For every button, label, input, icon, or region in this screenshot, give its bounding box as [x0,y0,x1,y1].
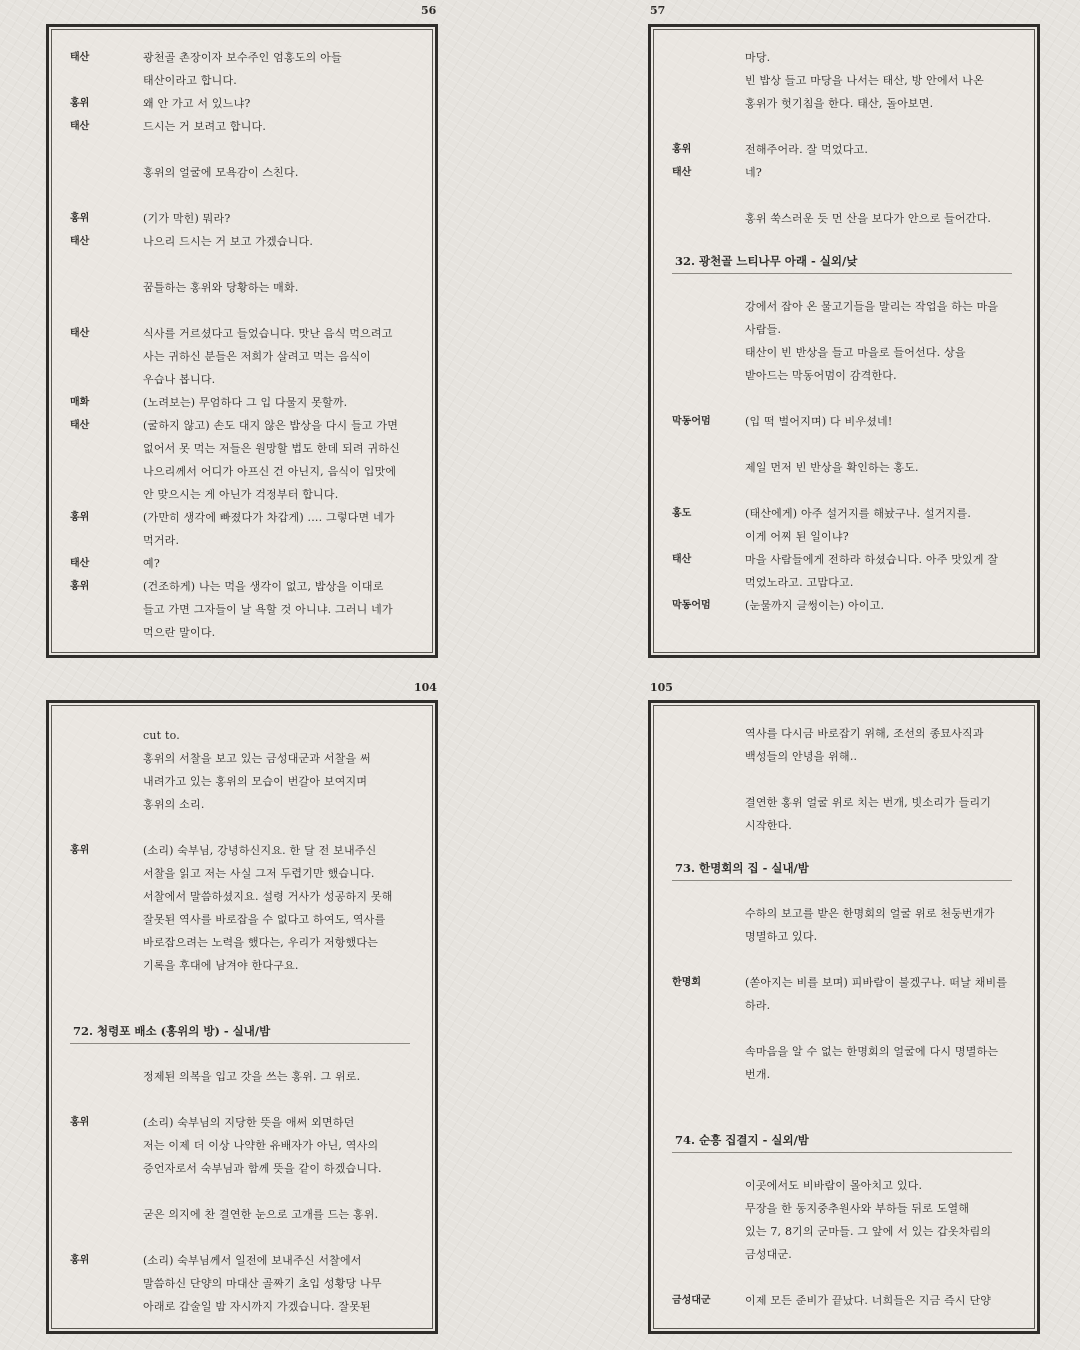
character-name [672,1197,745,1220]
action-line: 홍위의 얼굴에 모욕감이 스친다. [70,161,410,184]
character-name [70,1088,143,1111]
line-text: 받아드는 막동어멈이 감격한다. [745,364,1012,387]
line-text: 예? [143,552,410,575]
line-text: 번개. [745,1063,1012,1086]
script-page-105: 역사를 다시금 바로잡기 위해, 조선의 종묘사직과백성들의 안녕을 위해..결… [648,700,1040,1334]
action-line: 서찰에서 말씀하셨지요. 설령 거사가 성공하지 못해 [70,885,410,908]
script-page-104: cut to.홍위의 서찰을 보고 있는 금성대군과 서찰을 써내려가고 있는 … [46,700,438,1334]
character-name [672,994,745,1017]
line-text [745,879,1012,902]
action-line: 있는 7, 8기의 군마들. 그 앞에 서 있는 갑옷차림의 [672,1220,1012,1243]
action-line: 금성대군. [672,1243,1012,1266]
character-name: 홍위 [70,1249,143,1272]
action-line: 홍위의 소리. [70,793,410,816]
character-name [672,92,745,115]
character-name [672,768,745,791]
dialogue-line: 매화(노려보는) 무엄하다 그 입 다물지 못할까. [70,391,410,414]
action-line: 홍위가 헛기침을 한다. 태산, 돌아보면. [672,92,1012,115]
action-line: 저는 이제 더 이상 나약한 유배자가 아닌, 역사의 [70,1134,410,1157]
line-text: 먹거라. [143,529,410,552]
line-text [143,184,410,207]
character-name [672,948,745,971]
action-line [672,1151,1012,1174]
line-text: 전해주어라. 잘 먹었다고. [745,138,1012,161]
action-line: 받아드는 막동어멈이 감격한다. [672,364,1012,387]
action-line: 내려가고 있는 홍위의 모습이 번갈아 보여지며 [70,770,410,793]
action-line: 굳은 의지에 찬 결연한 눈으로 고개를 드는 홍위. [70,1203,410,1226]
action-line: 먹거라. [70,529,410,552]
character-name [672,1266,745,1289]
line-text: 나으리께서 어디가 아프신 건 아닌지, 음식이 입맛에 [143,460,410,483]
line-text: 홍위의 서찰을 보고 있는 금성대군과 서찰을 써 [143,747,410,770]
action-line: 꿈틀하는 홍위와 당황하는 매화. [70,276,410,299]
dialogue-line: 홍위(소리) 숙부님, 강녕하신지요. 한 달 전 보내주신 [70,839,410,862]
action-line [70,816,410,839]
line-text [745,433,1012,456]
character-name: 태산 [70,115,143,138]
dialogue-line: 태산예? [70,552,410,575]
page-number-56: 56 [421,4,436,17]
action-line [672,1086,1012,1109]
line-text: 잘못된 역사를 바로잡을 수 없다고 하여도, 역사를 [143,908,410,931]
line-text: 없어서 못 먹는 저들은 원망할 법도 한데 되려 귀하신 [143,437,410,460]
character-name [70,253,143,276]
character-name [672,1017,745,1040]
action-line [672,479,1012,502]
line-text: 바로잡으려는 노력을 했다는, 우리가 저항했다는 [143,931,410,954]
action-line: 시작한다. [672,814,1012,837]
dialogue-line: 태산네? [672,161,1012,184]
action-line: 제일 먼저 빈 반상을 확인하는 홍도. [672,456,1012,479]
line-text: 제일 먼저 빈 반상을 확인하는 홍도. [745,456,1012,479]
character-name [672,1063,745,1086]
character-name [70,368,143,391]
line-text: 먹었노라고. 고맙다고. [745,571,1012,594]
character-name: 태산 [70,230,143,253]
character-name [70,747,143,770]
dialogue-line: 막동어멈(눈물까지 글썽이는) 아이고. [672,594,1012,617]
line-text: 홍위 쑥스러운 듯 먼 산을 보다가 안으로 들어간다. [745,207,1012,230]
character-name [672,387,745,410]
line-text [745,768,1012,791]
character-name [672,745,745,768]
line-text: 서찰에서 말씀하셨지요. 설령 거사가 성공하지 못해 [143,885,410,908]
character-name: 홍위 [70,839,143,862]
character-name [70,460,143,483]
action-line [70,1180,410,1203]
action-line: 태산이 빈 반상을 들고 마을로 들어선다. 상을 [672,341,1012,364]
dialogue-line: 태산나으리 드시는 거 보고 가겠습니다. [70,230,410,253]
line-text: 속마음을 알 수 없는 한명회의 얼굴에 다시 명멸하는 [745,1040,1012,1063]
character-name [672,318,745,341]
dialogue-line: 홍위(건조하게) 나는 먹을 생각이 없고, 밥상을 이대로 [70,575,410,598]
line-text [745,1266,1012,1289]
character-name: 태산 [672,161,745,184]
character-name [672,1174,745,1197]
action-line: 증언자로서 숙부님과 함께 뜻을 같이 하겠습니다. [70,1157,410,1180]
action-line: 결연한 홍위 얼굴 위로 치는 번개, 빗소리가 들리기 [672,791,1012,814]
character-name [672,364,745,387]
action-line: 서찰을 읽고 저는 사실 그저 두렵기만 했습니다. [70,862,410,885]
line-text: 사는 귀하신 분들은 저희가 살려고 먹는 음식이 [143,345,410,368]
action-line [70,184,410,207]
character-name [672,791,745,814]
action-line [70,1042,410,1065]
character-name: 막동어멈 [672,594,745,617]
character-name [70,299,143,322]
character-name: 태산 [70,46,143,69]
page-lines: 역사를 다시금 바로잡기 위해, 조선의 종묘사직과백성들의 안녕을 위해..결… [672,722,1012,1312]
character-name [672,69,745,92]
character-name [70,862,143,885]
action-line: 번개. [672,1063,1012,1086]
action-line [70,1088,410,1111]
line-text: 역사를 다시금 바로잡기 위해, 조선의 종묘사직과 [745,722,1012,745]
character-name [672,814,745,837]
line-text: (태산에게) 아주 설거지를 해놨구나. 설거지를. [745,502,1012,525]
line-text: 꿈틀하는 홍위와 당황하는 매화. [143,276,410,299]
character-name [70,598,143,621]
character-name [70,793,143,816]
line-text: 태산이 빈 반상을 들고 마을로 들어선다. 상을 [745,341,1012,364]
action-line [672,948,1012,971]
line-text [143,816,410,839]
character-name [70,1134,143,1157]
action-line: 없어서 못 먹는 저들은 원망할 법도 한데 되려 귀하신 [70,437,410,460]
line-text: (기가 막힌) 뭐라? [143,207,410,230]
dialogue-line: 홍위(기가 막힌) 뭐라? [70,207,410,230]
line-text: 나으리 드시는 거 보고 가겠습니다. [143,230,410,253]
line-text: 있는 7, 8기의 군마들. 그 앞에 서 있는 갑옷차림의 [745,1220,1012,1243]
character-name [672,1220,745,1243]
character-name [70,437,143,460]
action-line [672,1017,1012,1040]
character-name [672,879,745,902]
character-name: 매화 [70,391,143,414]
character-name [70,885,143,908]
character-name [70,1157,143,1180]
action-line: 백성들의 안녕을 위해.. [672,745,1012,768]
character-name [70,954,143,977]
action-line: 먹으란 말이다. [70,621,410,644]
line-text [745,272,1012,295]
action-line: 이게 어찌 된 일이냐? [672,525,1012,548]
character-name: 태산 [70,552,143,575]
action-line: 말씀하신 단양의 마대산 골짜기 초입 성황당 나무 [70,1272,410,1295]
line-text: 내려가고 있는 홍위의 모습이 번갈아 보여지며 [143,770,410,793]
line-text [143,1226,410,1249]
line-text: 먹으란 말이다. [143,621,410,644]
line-text: 홍위의 얼굴에 모욕감이 스친다. [143,161,410,184]
line-text: 아래로 갑술일 밤 자시까지 가겠습니다. 잘못된 [143,1295,410,1318]
dialogue-line: 태산광천골 촌장이자 보수주인 엄홍도의 아들 [70,46,410,69]
page-lines: 마당.빈 밥상 들고 마당을 나서는 태산, 방 안에서 나온홍위가 헛기침을 … [672,46,1012,617]
line-text: 태산이라고 합니다. [143,69,410,92]
line-text [143,138,410,161]
character-name [672,722,745,745]
dialogue-line: 막동어멈(입 떡 벌어지며) 다 비우셨네! [672,410,1012,433]
character-name [70,1042,143,1065]
line-text: (소리) 숙부님께서 일전에 보내주신 서찰에서 [143,1249,410,1272]
line-text: (눈물까지 글썽이는) 아이고. [745,594,1012,617]
character-name [672,1040,745,1063]
character-name [70,161,143,184]
line-text [745,184,1012,207]
character-name: 태산 [70,414,143,437]
line-text: 명멸하고 있다. [745,925,1012,948]
action-line [672,879,1012,902]
line-text: 무장을 한 동지중추원사와 부하들 뒤로 도열해 [745,1197,1012,1220]
character-name [70,276,143,299]
line-text [745,1151,1012,1174]
character-name: 홍위 [70,1111,143,1134]
character-name: 홍위 [70,575,143,598]
line-text [143,1180,410,1203]
dialogue-line: 금성대군이제 모든 준비가 끝났다. 너희들은 지금 즉시 단양 [672,1289,1012,1312]
line-text: 저는 이제 더 이상 나약한 유배자가 아닌, 역사의 [143,1134,410,1157]
action-line [70,977,410,1000]
character-name [672,184,745,207]
character-name [672,295,745,318]
line-text: 기록을 후대에 남겨야 한다구요. [143,954,410,977]
line-text: (쏟아지는 비를 보며) 피바람이 불겠구나. 떠날 채비를 [745,971,1012,994]
character-name: 태산 [672,548,745,571]
line-text: 안 맞으시는 게 아닌가 걱정부터 합니다. [143,483,410,506]
action-line [672,387,1012,410]
line-text: 하라. [745,994,1012,1017]
character-name [672,456,745,479]
line-text [745,479,1012,502]
character-name: 홍위 [70,207,143,230]
line-text: 마당. [745,46,1012,69]
line-text: 빈 밥상 들고 마당을 나서는 태산, 방 안에서 나온 [745,69,1012,92]
character-name: 한명회 [672,971,745,994]
line-text: 이게 어찌 된 일이냐? [745,525,1012,548]
dialogue-line: 홍위(가만히 생각에 빠졌다가 차갑게) .... 그렇다면 네가 [70,506,410,529]
action-line: 태산이라고 합니다. [70,69,410,92]
action-line: 속마음을 알 수 없는 한명회의 얼굴에 다시 명멸하는 [672,1040,1012,1063]
dialogue-line: 태산(굴하지 않고) 손도 대지 않은 밥상을 다시 들고 가면 [70,414,410,437]
character-name [70,724,143,747]
character-name [70,1065,143,1088]
page-lines: 태산광천골 촌장이자 보수주인 엄홍도의 아들태산이라고 합니다.홍위왜 안 가… [70,46,410,644]
line-text: 광천골 촌장이자 보수주인 엄홍도의 아들 [143,46,410,69]
page-lines: cut to.홍위의 서찰을 보고 있는 금성대군과 서찰을 써내려가고 있는 … [70,724,410,1318]
action-line [70,1226,410,1249]
action-line: 이곳에서도 비바람이 몰아치고 있다. [672,1174,1012,1197]
character-name [672,1151,745,1174]
line-text: 왜 안 가고 서 있느냐? [143,92,410,115]
action-line: 들고 가면 그자들이 날 욕할 것 아니냐. 그러니 네가 [70,598,410,621]
action-line: 사는 귀하신 분들은 저희가 살려고 먹는 음식이 [70,345,410,368]
line-text: (입 떡 벌어지며) 다 비우셨네! [745,410,1012,433]
character-name: 금성대군 [672,1289,745,1312]
line-text: 홍위의 소리. [143,793,410,816]
character-name [70,1272,143,1295]
page-number-105: 105 [650,681,673,694]
line-text: 서찰을 읽고 저는 사실 그저 두렵기만 했습니다. [143,862,410,885]
character-name [70,345,143,368]
action-line: 명멸하고 있다. [672,925,1012,948]
action-line: cut to. [70,724,410,747]
line-text: 이제 모든 준비가 끝났다. 너희들은 지금 즉시 단양 [745,1289,1012,1312]
character-name: 막동어멈 [672,410,745,433]
character-name: 홍위 [672,138,745,161]
script-page-57: 마당.빈 밥상 들고 마당을 나서는 태산, 방 안에서 나온홍위가 헛기침을 … [648,24,1040,658]
character-name: 홍도 [672,502,745,525]
character-name [70,483,143,506]
action-line: 바로잡으려는 노력을 했다는, 우리가 저항했다는 [70,931,410,954]
character-name [672,46,745,69]
character-name [70,1180,143,1203]
line-text: 이곳에서도 비바람이 몰아치고 있다. [745,1174,1012,1197]
character-name [70,977,143,1000]
line-text: 수하의 보고를 받은 한명회의 얼굴 위로 천둥번개가 [745,902,1012,925]
line-text [745,1017,1012,1040]
line-text: 증언자로서 숙부님과 함께 뜻을 같이 하겠습니다. [143,1157,410,1180]
character-name [672,207,745,230]
line-text: 강에서 잡아 온 물고기들을 말리는 작업을 하는 마을 [745,295,1012,318]
line-text: 굳은 의지에 찬 결연한 눈으로 고개를 드는 홍위. [143,1203,410,1226]
line-text: 홍위가 헛기침을 한다. 태산, 돌아보면. [745,92,1012,115]
line-text: (가만히 생각에 빠졌다가 차갑게) .... 그렇다면 네가 [143,506,410,529]
character-name [672,115,745,138]
dialogue-line: 홍도(태산에게) 아주 설거지를 해놨구나. 설거지를. [672,502,1012,525]
line-text [745,115,1012,138]
character-name [70,931,143,954]
character-name: 홍위 [70,506,143,529]
line-text: 식사를 거르셨다고 들었습니다. 맛난 음식 먹으려고 [143,322,410,345]
line-text [143,1042,410,1065]
action-line: 빈 밥상 들고 마당을 나서는 태산, 방 안에서 나온 [672,69,1012,92]
character-name [70,1226,143,1249]
line-text: 말씀하신 단양의 마대산 골짜기 초입 성황당 나무 [143,1272,410,1295]
action-line: 우습나 봅니다. [70,368,410,391]
action-line: 홍위 쑥스러운 듯 먼 산을 보다가 안으로 들어간다. [672,207,1012,230]
line-text: (소리) 숙부님의 지당한 뜻을 애써 외면하던 [143,1111,410,1134]
line-text [143,977,410,1000]
action-line: 홍위의 서찰을 보고 있는 금성대군과 서찰을 써 [70,747,410,770]
script-page-56: 태산광천골 촌장이자 보수주인 엄홍도의 아들태산이라고 합니다.홍위왜 안 가… [46,24,438,658]
action-line: 아래로 갑술일 밤 자시까지 가겠습니다. 잘못된 [70,1295,410,1318]
character-name: 홍위 [70,92,143,115]
line-text: 네? [745,161,1012,184]
action-line [70,138,410,161]
line-text [143,299,410,322]
line-text: (건조하게) 나는 먹을 생각이 없고, 밥상을 이대로 [143,575,410,598]
character-name [70,69,143,92]
action-line: 역사를 다시금 바로잡기 위해, 조선의 종묘사직과 [672,722,1012,745]
character-name [70,184,143,207]
action-line: 먹었노라고. 고맙다고. [672,571,1012,594]
line-text: 결연한 홍위 얼굴 위로 치는 번개, 빗소리가 들리기 [745,791,1012,814]
action-line [672,1266,1012,1289]
page-number-104: 104 [414,681,437,694]
line-text: 우습나 봅니다. [143,368,410,391]
action-line: 정제된 의복을 입고 갓을 쓰는 홍위. 그 위로. [70,1065,410,1088]
action-line: 나으리께서 어디가 아프신 건 아닌지, 음식이 입맛에 [70,460,410,483]
line-text: 금성대군. [745,1243,1012,1266]
character-name [70,529,143,552]
action-line: 안 맞으시는 게 아닌가 걱정부터 합니다. [70,483,410,506]
action-line: 기록을 후대에 남겨야 한다구요. [70,954,410,977]
character-name [672,1243,745,1266]
dialogue-line: 태산마을 사람들에게 전하라 하셨습니다. 아주 맛있게 잘 [672,548,1012,571]
action-line: 잘못된 역사를 바로잡을 수 없다고 하여도, 역사를 [70,908,410,931]
dialogue-line: 한명회(쏟아지는 비를 보며) 피바람이 불겠구나. 떠날 채비를 [672,971,1012,994]
action-line [70,299,410,322]
dialogue-line: 홍위(소리) 숙부님께서 일전에 보내주신 서찰에서 [70,1249,410,1272]
character-name [70,138,143,161]
line-text [745,948,1012,971]
character-name [70,621,143,644]
page-number-57: 57 [650,4,665,17]
character-name [672,902,745,925]
action-line: 사람들. [672,318,1012,341]
character-name [70,770,143,793]
action-line [672,768,1012,791]
dialogue-line: 태산드시는 거 보려고 합니다. [70,115,410,138]
character-name [672,1086,745,1109]
character-name [70,908,143,931]
line-text: (노려보는) 무엄하다 그 입 다물지 못할까. [143,391,410,414]
line-text: 드시는 거 보려고 합니다. [143,115,410,138]
character-name [70,1203,143,1226]
line-text [745,387,1012,410]
character-name [672,925,745,948]
line-text: 사람들. [745,318,1012,341]
line-text [143,253,410,276]
line-text: 시작한다. [745,814,1012,837]
line-text: cut to. [143,724,410,747]
action-line [672,272,1012,295]
action-line [672,433,1012,456]
line-text: 정제된 의복을 입고 갓을 쓰는 홍위. 그 위로. [143,1065,410,1088]
action-line: 마당. [672,46,1012,69]
action-line: 강에서 잡아 온 물고기들을 말리는 작업을 하는 마을 [672,295,1012,318]
dialogue-line: 홍위(소리) 숙부님의 지당한 뜻을 애써 외면하던 [70,1111,410,1134]
character-name [672,433,745,456]
character-name [672,525,745,548]
dialogue-line: 홍위왜 안 가고 서 있느냐? [70,92,410,115]
line-text: (소리) 숙부님, 강녕하신지요. 한 달 전 보내주신 [143,839,410,862]
action-line: 수하의 보고를 받은 한명회의 얼굴 위로 천둥번개가 [672,902,1012,925]
character-name [672,571,745,594]
character-name [672,479,745,502]
action-line [70,253,410,276]
dialogue-line: 태산식사를 거르셨다고 들었습니다. 맛난 음식 먹으려고 [70,322,410,345]
line-text: 들고 가면 그자들이 날 욕할 것 아니냐. 그러니 네가 [143,598,410,621]
line-text [143,1088,410,1111]
line-text: (굴하지 않고) 손도 대지 않은 밥상을 다시 들고 가면 [143,414,410,437]
action-line [672,115,1012,138]
character-name [672,272,745,295]
line-text: 백성들의 안녕을 위해.. [745,745,1012,768]
line-text: 마을 사람들에게 전하라 하셨습니다. 아주 맛있게 잘 [745,548,1012,571]
action-line: 하라. [672,994,1012,1017]
action-line: 무장을 한 동지중추원사와 부하들 뒤로 도열해 [672,1197,1012,1220]
character-name [70,1295,143,1318]
character-name [70,816,143,839]
action-line [672,184,1012,207]
dialogue-line: 홍위전해주어라. 잘 먹었다고. [672,138,1012,161]
line-text [745,1086,1012,1109]
character-name: 태산 [70,322,143,345]
character-name [672,341,745,364]
